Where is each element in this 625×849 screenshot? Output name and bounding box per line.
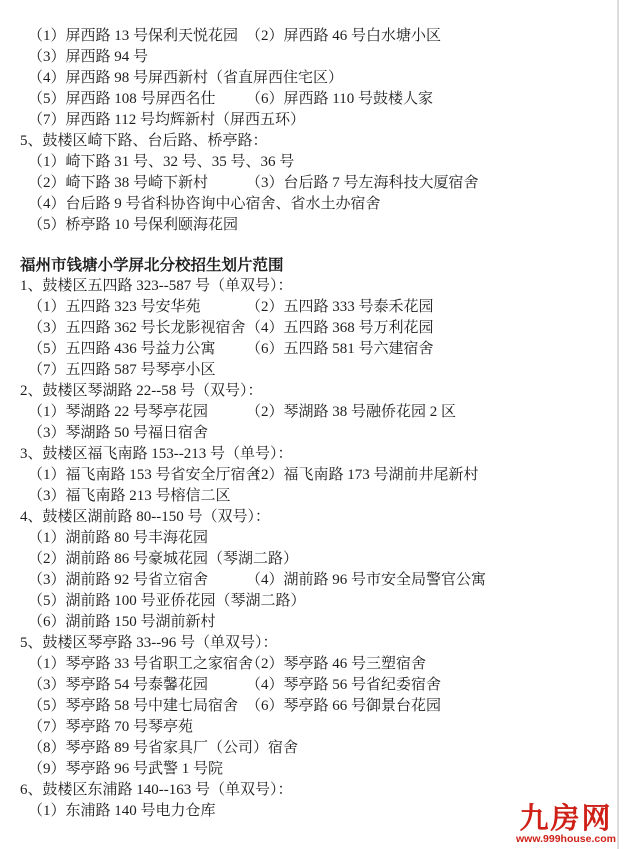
address-text: （1）东浦路 140 号电力仓库 bbox=[28, 803, 216, 819]
address-text: （3）台后路 7 号左海科技大厦宿舍 bbox=[246, 175, 479, 191]
address-text: （2）福飞南路 173 号湖前井尾新村 bbox=[246, 467, 479, 483]
site-watermark: 九房网 www.999house.com bbox=[510, 805, 622, 845]
address-text: （2）五四路 333 号泰禾花园 bbox=[246, 299, 434, 315]
address-text: （6）湖前路 150 号湖前新村 bbox=[28, 614, 216, 630]
address-text: （1）崎下路 31 号、32 号、35 号、36 号 bbox=[28, 154, 294, 170]
section-heading: 6、鼓楼区东浦路 140--163 号（单双号）： bbox=[0, 780, 625, 801]
address-text: （3）福飞南路 213 号榕信二区 bbox=[28, 488, 231, 504]
document-title: 福州市钱塘小学屏北分校招生划片范围 bbox=[0, 255, 625, 276]
address-text: （8）琴亭路 89 号省家具厂（公司）宿舍 bbox=[28, 740, 298, 756]
address-text: 3、鼓楼区福飞南路 153--213 号（单号）： bbox=[20, 446, 293, 462]
address-line: （9）琴亭路 96 号武警 1 号院 bbox=[0, 759, 625, 780]
address-line: （2）湖前路 86 号豪城花园（琴湖二路） bbox=[0, 549, 625, 570]
site-logo: 九房网 bbox=[510, 805, 622, 833]
address-line: （5）屏西路 108 号屏西名仕（6）屏西路 110 号鼓楼人家 bbox=[0, 89, 625, 110]
address-line: （1）崎下路 31 号、32 号、35 号、36 号 bbox=[0, 152, 625, 173]
address-line: （2）崎下路 38 号崎下新村（3）台后路 7 号左海科技大厦宿舍 bbox=[0, 173, 625, 194]
address-line: （7）屏西路 112 号均辉新村（屏西五环） bbox=[0, 110, 625, 131]
section-heading: 3、鼓楼区福飞南路 153--213 号（单号）： bbox=[0, 444, 625, 465]
document-page: （1）屏西路 13 号保利天悦花园（2）屏西路 46 号白水塘小区（3）屏西路 … bbox=[0, 0, 625, 822]
address-text: （5）五四路 436 号益力公寓 bbox=[28, 339, 246, 360]
address-text: （7）五四路 587 号琴亭小区 bbox=[28, 362, 216, 378]
address-line: （5）桥亭路 10 号保利颐海花园 bbox=[0, 215, 625, 236]
address-text: （3）琴亭路 54 号泰馨花园 bbox=[28, 675, 246, 696]
address-text: （4）五四路 368 号万利花园 bbox=[246, 320, 434, 336]
address-text: （2）湖前路 86 号豪城花园（琴湖二路） bbox=[28, 551, 298, 567]
address-text: （6）屏西路 110 号鼓楼人家 bbox=[246, 91, 433, 107]
address-text: （1）琴湖路 22 号琴亭花园 bbox=[28, 402, 246, 423]
address-line: （1）屏西路 13 号保利天悦花园（2）屏西路 46 号白水塘小区 bbox=[0, 26, 625, 47]
address-text: 4、鼓楼区湖前路 80--150 号（双号）： bbox=[20, 509, 270, 525]
address-text: （3）湖前路 92 号省立宿舍 bbox=[28, 570, 246, 591]
page-edge-line bbox=[617, 0, 619, 849]
address-text: （6）五四路 581 号六建宿舍 bbox=[246, 341, 434, 357]
address-text: （4）台后路 9 号省科协咨询中心宿舍、省水土办宿舍 bbox=[28, 196, 381, 212]
address-text: （5）屏西路 108 号屏西名仕 bbox=[28, 89, 246, 110]
address-text: （9）琴亭路 96 号武警 1 号院 bbox=[28, 761, 223, 777]
address-line: （5）五四路 436 号益力公寓（6）五四路 581 号六建宿舍 bbox=[0, 339, 625, 360]
address-text: （1）湖前路 80 号丰海花园 bbox=[28, 530, 208, 546]
address-line: （5）湖前路 100 号亚侨花园（琴湖二路） bbox=[0, 591, 625, 612]
address-line: （1）琴湖路 22 号琴亭花园（2）琴湖路 38 号融侨花园 2 区 bbox=[0, 402, 625, 423]
address-text: 6、鼓楼区东浦路 140--163 号（单双号）： bbox=[20, 782, 293, 798]
address-text: （1）屏西路 13 号保利天悦花园 bbox=[28, 26, 246, 47]
address-line: （3）屏西路 94 号 bbox=[0, 47, 625, 68]
address-text: （2）崎下路 38 号崎下新村 bbox=[28, 173, 246, 194]
address-text: （2）屏西路 46 号白水塘小区 bbox=[246, 28, 441, 44]
address-line: （3）福飞南路 213 号榕信二区 bbox=[0, 486, 625, 507]
address-line: （4）台后路 9 号省科协咨询中心宿舍、省水土办宿舍 bbox=[0, 194, 625, 215]
address-line: （3）琴亭路 54 号泰馨花园（4）琴亭路 56 号省纪委宿舍 bbox=[0, 675, 625, 696]
address-text: （3）屏西路 94 号 bbox=[28, 49, 148, 65]
address-line: （3）湖前路 92 号省立宿舍（4）湖前路 96 号市安全局警官公寓 bbox=[0, 570, 625, 591]
address-line: （3）五四路 362 号长龙影视宿舍（4）五四路 368 号万利花园 bbox=[0, 318, 625, 339]
address-list-main: 1、鼓楼区五四路 323--587 号（单双号）：（1）五四路 323 号安华苑… bbox=[0, 276, 625, 822]
address-text: （7）屏西路 112 号均辉新村（屏西五环） bbox=[28, 112, 305, 128]
address-line: （7）琴亭路 70 号琴亭苑 bbox=[0, 717, 625, 738]
section-heading: 2、鼓楼区琴湖路 22--58 号（双号）： bbox=[0, 381, 625, 402]
address-text: （1）福飞南路 153 号省安全厅宿舍 bbox=[28, 465, 246, 486]
address-text: （5）桥亭路 10 号保利颐海花园 bbox=[28, 217, 238, 233]
address-text: （4）屏西路 98 号屏西新村（省直屏西住宅区） bbox=[28, 70, 343, 86]
address-text: （3）五四路 362 号长龙影视宿舍 bbox=[28, 318, 246, 339]
address-text: （4）湖前路 96 号市安全局警官公寓 bbox=[246, 572, 486, 588]
address-line: （1）五四路 323 号安华苑（2）五四路 333 号泰禾花园 bbox=[0, 297, 625, 318]
address-text: 5、鼓楼区崎下路、台后路、桥亭路： bbox=[20, 133, 268, 149]
address-line: （6）湖前路 150 号湖前新村 bbox=[0, 612, 625, 633]
address-text: （3）琴湖路 50 号福日宿舍 bbox=[28, 425, 208, 441]
address-line: （1）福飞南路 153 号省安全厅宿舍（2）福飞南路 173 号湖前井尾新村 bbox=[0, 465, 625, 486]
address-line: （5）琴亭路 58 号中建七局宿舍（6）琴亭路 66 号御景台花园 bbox=[0, 696, 625, 717]
address-line: （1）琴亭路 33 号省职工之家宿舍（2）琴亭路 46 号三塑宿舍 bbox=[0, 654, 625, 675]
address-line: （8）琴亭路 89 号省家具厂（公司）宿舍 bbox=[0, 738, 625, 759]
address-text: （2）琴湖路 38 号融侨花园 2 区 bbox=[246, 404, 456, 420]
address-text: （6）琴亭路 66 号御景台花园 bbox=[246, 698, 441, 714]
address-text: （7）琴亭路 70 号琴亭苑 bbox=[28, 719, 193, 735]
site-url: www.999house.com bbox=[510, 833, 622, 845]
address-text: 2、鼓楼区琴湖路 22--58 号（双号）： bbox=[20, 383, 263, 399]
address-line: （3）琴湖路 50 号福日宿舍 bbox=[0, 423, 625, 444]
address-text: （5）湖前路 100 号亚侨花园（琴湖二路） bbox=[28, 593, 306, 609]
section-heading: 5、鼓楼区琴亭路 33--96 号（单双号）： bbox=[0, 633, 625, 654]
address-text: （2）琴亭路 46 号三塑宿舍 bbox=[246, 656, 426, 672]
section-heading: 1、鼓楼区五四路 323--587 号（单双号）： bbox=[0, 276, 625, 297]
address-text: （1）琴亭路 33 号省职工之家宿舍 bbox=[28, 654, 246, 675]
address-text: （1）五四路 323 号安华苑 bbox=[28, 297, 246, 318]
address-line: （4）屏西路 98 号屏西新村（省直屏西住宅区） bbox=[0, 68, 625, 89]
address-text: 5、鼓楼区琴亭路 33--96 号（单双号）： bbox=[20, 635, 278, 651]
address-line: （1）湖前路 80 号丰海花园 bbox=[0, 528, 625, 549]
address-text: （5）琴亭路 58 号中建七局宿舍 bbox=[28, 696, 246, 717]
address-text: 1、鼓楼区五四路 323--587 号（单双号）： bbox=[20, 278, 293, 294]
address-line: （7）五四路 587 号琴亭小区 bbox=[0, 360, 625, 381]
address-text: （4）琴亭路 56 号省纪委宿舍 bbox=[246, 677, 441, 693]
section-heading: 4、鼓楼区湖前路 80--150 号（双号）： bbox=[0, 507, 625, 528]
section-heading: 5、鼓楼区崎下路、台后路、桥亭路： bbox=[0, 131, 625, 152]
address-list-top: （1）屏西路 13 号保利天悦花园（2）屏西路 46 号白水塘小区（3）屏西路 … bbox=[0, 26, 625, 236]
